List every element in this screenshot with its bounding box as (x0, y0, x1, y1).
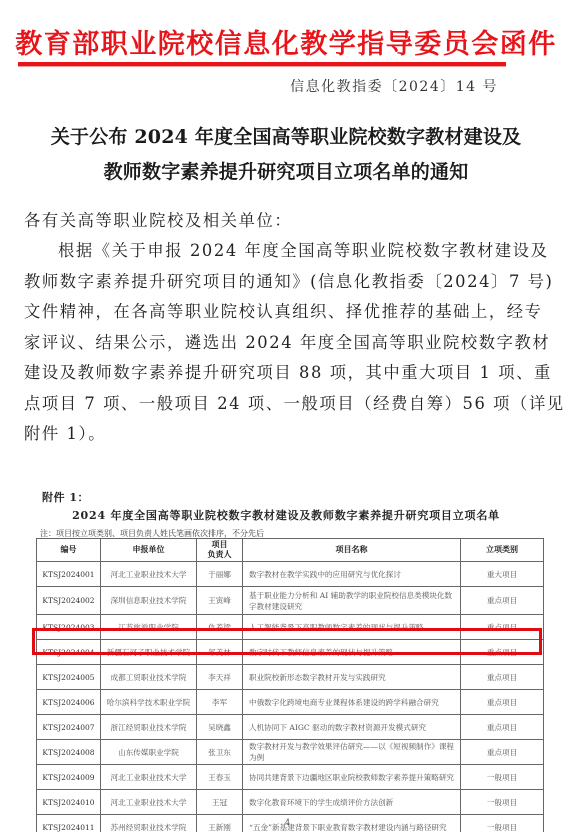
cell-project-name: 中俄数字化跨境电商专业课程体系建设的跨学科融合研究 (243, 690, 461, 715)
document-title-line-1: 关于公布 2024 年度全国高等职业院校数字教材建设及 (0, 122, 572, 149)
cell-leader: 吴晓鑫 (197, 715, 243, 740)
cell-leader: 李军 (197, 690, 243, 715)
cell-code: KTSJ2024008 (37, 740, 101, 765)
table-row: KTSJ2024010 河北工业职业技术大学 王冠 数字化教育环境下的学生成绩评… (37, 790, 544, 815)
cell-code: KTSJ2024001 (37, 562, 101, 587)
cell-code: KTSJ2024010 (37, 790, 101, 815)
column-header-category: 立项类别 (461, 539, 544, 562)
table-row: KTSJ2024009 河北工业职业技术大学 王春玉 协同共建背景下边疆地区职业… (37, 765, 544, 790)
document-title-line-2: 教师数字素养提升研究项目立项名单的通知 (0, 157, 572, 184)
cell-category: 重点项目 (461, 715, 544, 740)
cell-project-name: 数字化教育环境下的学生成绩评价方法创新 (243, 790, 461, 815)
table-row: KTSJ2024005 成都工贸职业技术学院 李天祥 职业院校新形态数字教材开发… (37, 665, 544, 690)
cell-category: 一般项目 (461, 815, 544, 832)
body-paragraph: 根据《关于申报 2024 年度全国高等职业院校数字教材建设及 教师数字素养提升研… (24, 236, 554, 450)
column-header-leader-line1: 项目 (212, 540, 228, 549)
table-row: KTSJ2024001 河北工业职业技术大学 于丽娜 数字教材在教学实践中的应用… (37, 562, 544, 587)
cell-category: 重大项目 (461, 562, 544, 587)
cell-code: KTSJ2024011 (37, 815, 101, 832)
project-list-table: 编号 申报单位 项目 负责人 项目名称 立项类别 KTSJ2024001 河北工… (36, 538, 544, 832)
cell-project-name: 数字教材在教学实践中的应用研究与优化探讨 (243, 562, 461, 587)
cell-code: KTSJ2024009 (37, 765, 101, 790)
cell-project-name: “五金”新基建背景下职业教育数字教材建设内涵与路径研究 (243, 815, 461, 832)
cell-project-name: 数字教材开发与教学效果评估研究——以《短视频制作》课程为例 (243, 740, 461, 765)
cell-leader: 王寅峰 (197, 587, 243, 615)
table-header-row: 编号 申报单位 项目 负责人 项目名称 立项类别 (37, 539, 544, 562)
column-header-project-name: 项目名称 (243, 539, 461, 562)
cell-unit: 深圳信息职业技术学院 (101, 587, 197, 615)
table-row: KTSJ2024006 哈尔滨科学技术职业学院 李军 中俄数字化跨境电商专业课程… (37, 690, 544, 715)
body-line: 附件 1）。 (24, 419, 554, 450)
cell-leader: 于丽娜 (197, 562, 243, 587)
cell-unit: 山东传媒职业学院 (101, 740, 197, 765)
body-line: 文件精神，在各高等职业院校认真组织、择优推荐的基础上，经专 (24, 297, 554, 328)
letterhead-title: 教育部职业院校信息化教学指导委员会函件 (0, 22, 572, 61)
column-header-unit: 申报单位 (101, 539, 197, 562)
cell-code: KTSJ2024007 (37, 715, 101, 740)
cell-leader: 王新刚 (197, 815, 243, 832)
cell-unit: 河北工业职业技术大学 (101, 790, 197, 815)
cell-project-name: 人机协同下 AIGC 驱动的数字教材资源开发模式研究 (243, 715, 461, 740)
cell-category: 一般项目 (461, 790, 544, 815)
annex-label: 附件 1： (42, 489, 89, 505)
page-number: 4 (285, 818, 290, 827)
cell-unit: 浙江经贸职业技术学院 (101, 715, 197, 740)
table-row: KTSJ2024007 浙江经贸职业技术学院 吴晓鑫 人机协同下 AIGC 驱动… (37, 715, 544, 740)
body-line: 建设及教师数字素养提升研究项目 88 项，其中重大项目 1 项、重 (24, 358, 554, 389)
cell-leader: 张卫东 (197, 740, 243, 765)
cell-category: 一般项目 (461, 765, 544, 790)
cell-leader: 李天祥 (197, 665, 243, 690)
cell-code: KTSJ2024005 (37, 665, 101, 690)
body-line: 根据《关于申报 2024 年度全国高等职业院校数字教材建设及 (24, 236, 554, 267)
salutation: 各有关高等职业院校及相关单位： (24, 206, 554, 237)
annex-title: 2024 年度全国高等职业院校数字教材建设及教师数字素养提升研究项目立项名单 (0, 507, 572, 523)
cell-unit: 河北工业职业技术大学 (101, 765, 197, 790)
cell-code: KTSJ2024002 (37, 587, 101, 615)
column-header-code: 编号 (37, 539, 101, 562)
cell-project-name: 基于职业能力分析和 AI 辅助教学的职业院校信息类模块化数字教材建设研究 (243, 587, 461, 615)
body-line: 教师数字素养提升研究项目的通知》(信息化教指委〔2024〕7 号) (24, 267, 554, 298)
document-number: 信息化教指委〔2024〕14 号 (290, 76, 498, 96)
cell-leader: 王春玉 (197, 765, 243, 790)
highlight-annotation-box (32, 628, 542, 655)
cell-project-name: 协同共建背景下边疆地区职业院校教师数字素养提升策略研究 (243, 765, 461, 790)
cell-unit: 成都工贸职业技术学院 (101, 665, 197, 690)
column-header-leader-line2: 负责人 (208, 550, 232, 559)
table-row: KTSJ2024008 山东传媒职业学院 张卫东 数字教材开发与教学效果评估研究… (37, 740, 544, 765)
cell-project-name: 职业院校新形态数字教材开发与实践研究 (243, 665, 461, 690)
table-row: KTSJ2024002 深圳信息职业技术学院 王寅峰 基于职业能力分析和 AI … (37, 587, 544, 615)
cell-code: KTSJ2024006 (37, 690, 101, 715)
cell-unit: 苏州经贸职业技术学院 (101, 815, 197, 832)
cell-category: 重点项目 (461, 740, 544, 765)
cell-category: 重点项目 (461, 587, 544, 615)
cell-category: 重点项目 (461, 665, 544, 690)
cell-unit: 哈尔滨科学技术职业学院 (101, 690, 197, 715)
body-line: 家评议、结果公示，遴选出 2024 年度全国高等职业院校数字教材 (24, 328, 554, 359)
column-header-leader: 项目 负责人 (197, 539, 243, 562)
cell-unit: 河北工业职业技术大学 (101, 562, 197, 587)
cell-category: 重点项目 (461, 690, 544, 715)
cell-leader: 王冠 (197, 790, 243, 815)
body-line: 点项目 7 项、一般项目 24 项、一般项目（经费自筹）56 项（详见 (24, 389, 554, 420)
letterhead-rule (18, 62, 506, 67)
